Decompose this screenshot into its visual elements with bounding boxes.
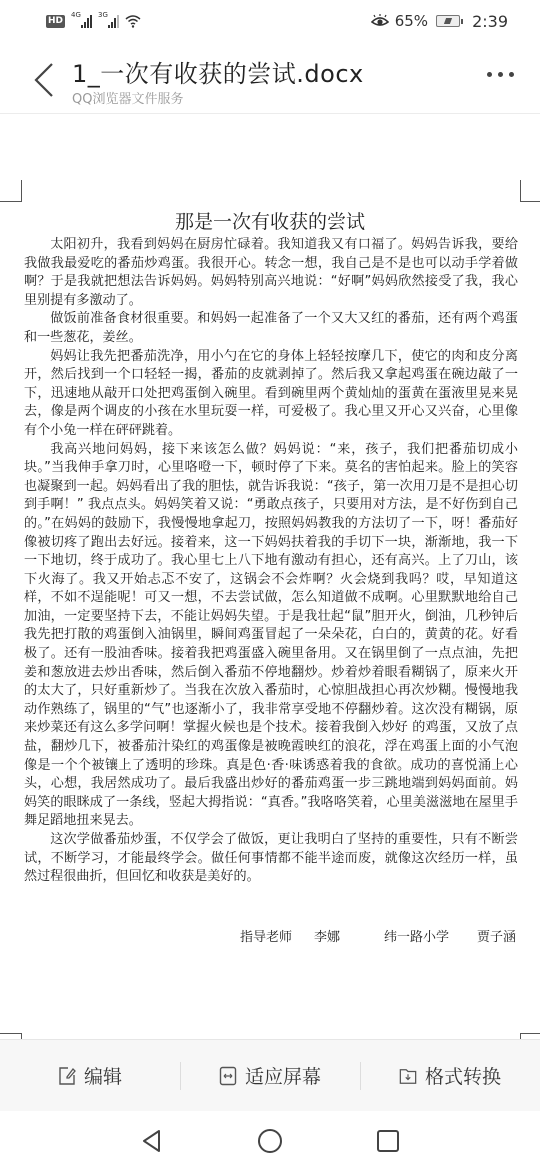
status-right: 65% 2:39 xyxy=(371,12,508,31)
hd-icon: HD xyxy=(46,15,65,28)
signal-3g-label: 3G xyxy=(98,11,108,19)
clock: 2:39 xyxy=(472,12,508,31)
status-left: HD 4G 3G xyxy=(46,14,141,28)
dot-icon xyxy=(498,72,503,77)
folder-download-icon xyxy=(399,1066,417,1086)
document-title: 那是一次有收获的尝试 xyxy=(0,207,540,234)
dot-icon xyxy=(509,72,514,77)
signal-3g-icon: 3G xyxy=(98,14,119,28)
paragraph: 我高兴地问妈妈，接下来该怎么做？妈妈说：“来，孩子，我们把番茄切成小块。”当我伸… xyxy=(24,441,518,831)
school-name: 纬一路小学 xyxy=(384,926,449,945)
paragraph: 做饭前准备食材很重要。和妈妈一起准备了一个又大又红的番茄，还有两个鸡蛋和一些葱花… xyxy=(24,310,518,347)
document-viewer[interactable]: 那是一次有收获的尝试 太阳初升，我看到妈妈在厨房忙碌着。我知道我又有口福了。妈妈… xyxy=(0,115,540,1043)
paragraph: 太阳初升，我看到妈妈在厨房忙碌着。我知道我又有口福了。妈妈告诉我，要给我做我最爱… xyxy=(24,236,518,310)
edit-button[interactable]: 编辑 xyxy=(0,1040,180,1111)
back-arrow-icon[interactable] xyxy=(30,60,60,100)
document-body: 太阳初升，我看到妈妈在厨房忙碌着。我知道我又有口福了。妈妈告诉我，要给我做我最爱… xyxy=(24,236,518,887)
wifi-icon xyxy=(125,14,141,28)
edit-label: 编辑 xyxy=(84,1062,122,1089)
eye-comfort-icon xyxy=(371,14,389,28)
more-options-button[interactable] xyxy=(487,72,514,77)
teacher-name: 李娜 xyxy=(314,926,340,945)
fit-screen-button[interactable]: 适应屏幕 xyxy=(180,1040,360,1111)
nav-home-icon[interactable] xyxy=(257,1128,283,1154)
page-corner-mark xyxy=(0,180,22,202)
signal-4g-icon: 4G xyxy=(71,14,92,28)
app-header: 1_一次有收获的尝试.docx QQ浏览器文件服务 xyxy=(0,42,540,114)
format-convert-button[interactable]: 格式转换 xyxy=(360,1040,540,1111)
fit-screen-icon xyxy=(219,1066,237,1086)
format-convert-label: 格式转换 xyxy=(425,1062,501,1089)
paragraph: 这次学做番茄炒蛋，不仅学会了做饭，更让我明白了坚持的重要性，只有不断尝试，不断学… xyxy=(24,831,518,887)
file-title: 1_一次有收获的尝试.docx xyxy=(72,54,364,89)
nav-back-icon[interactable] xyxy=(139,1128,165,1154)
nav-recents-icon[interactable] xyxy=(375,1128,401,1154)
signal-4g-label: 4G xyxy=(71,11,81,19)
fit-screen-label: 适应屏幕 xyxy=(245,1062,321,1089)
battery-icon xyxy=(436,15,460,27)
system-nav-bar xyxy=(0,1111,540,1170)
paragraph: 妈妈让我先把番茄洗净，用小勺在它的身体上轻轻按摩几下，使它的肉和皮分离开，然后找… xyxy=(24,348,518,441)
teacher-label: 指导老师 xyxy=(240,926,292,945)
status-bar: HD 4G 3G 65% 2:39 xyxy=(0,0,540,42)
page-corner-mark xyxy=(520,180,540,202)
signature-line: 指导老师 李娜 纬一路小学 贾子涵 xyxy=(240,926,516,945)
author-name: 贾子涵 xyxy=(477,926,516,945)
bottom-toolbar: 编辑 适应屏幕 格式转换 xyxy=(0,1039,540,1111)
battery-percent: 65% xyxy=(395,12,428,30)
edit-icon xyxy=(58,1066,76,1086)
file-source: QQ浏览器文件服务 xyxy=(72,88,183,107)
dot-icon xyxy=(487,72,492,77)
